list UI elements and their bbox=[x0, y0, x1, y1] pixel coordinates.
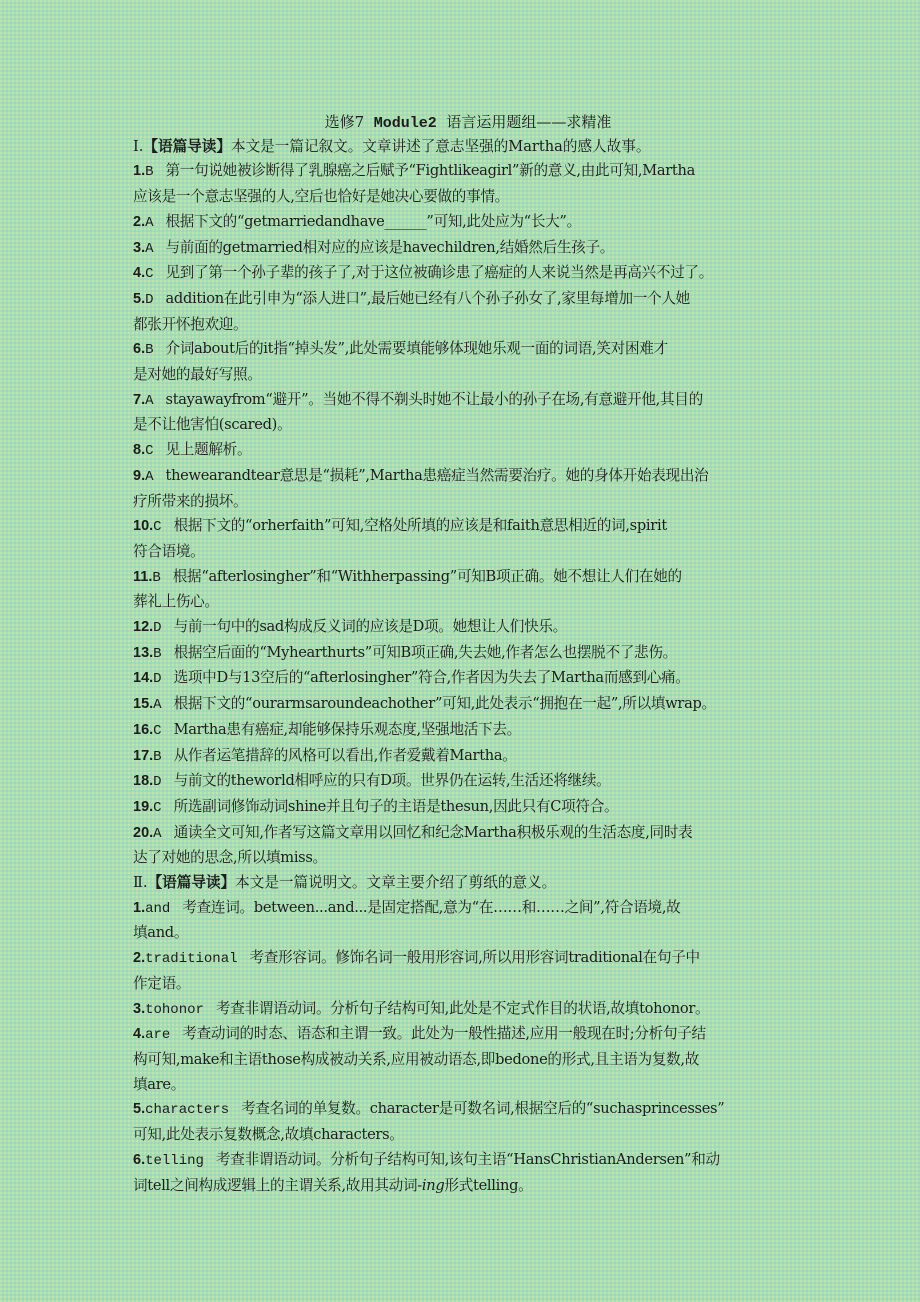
item-answer: C bbox=[153, 723, 161, 739]
page-title: 选修7 Module2 语言运用题组——求精准 bbox=[133, 110, 793, 135]
item-answer: D bbox=[145, 292, 153, 308]
item-explanation: 考查形容词。修饰名词一般用形容词,所以用形容词traditional在句子中 bbox=[250, 949, 700, 966]
section-marker: Ⅱ. bbox=[133, 874, 148, 891]
item-number: 12. bbox=[133, 619, 153, 635]
item-explanation-cont: 填and。 bbox=[133, 921, 793, 946]
item-answer: B bbox=[145, 164, 153, 180]
item-number: 14. bbox=[133, 670, 153, 686]
item-number: 16. bbox=[133, 722, 153, 738]
item-answer: traditional bbox=[145, 951, 237, 967]
answer-item-2-6: 6.telling考查非谓语动词。分析句子结构可知,该句主语“HansChris… bbox=[133, 1148, 793, 1198]
item-number: 8. bbox=[133, 442, 145, 458]
answer-item-2-4: 4.are考查动词的时态、语态和主谓一致。此处为一般性描述,应用一般现在时;分析… bbox=[133, 1022, 793, 1097]
answer-item-1-12: 12.D与前一句中的sad构成反义词的应该是D项。她想让人们快乐。 bbox=[133, 615, 793, 641]
answer-key-page: 选修7 Module2 语言运用题组——求精准 Ⅰ.【语篇导读】本文是一篇记叙文… bbox=[133, 110, 793, 1198]
item-explanation: 与前一句中的sad构成反义词的应该是D项。她想让人们快乐。 bbox=[174, 618, 567, 635]
item-explanation: 见上题解析。 bbox=[166, 441, 252, 458]
item-answer: B bbox=[145, 342, 153, 358]
item-explanation: 所选副词修饰动词shine并且句子的主语是thesun,因此只有C项符合。 bbox=[174, 798, 619, 815]
answer-item-1-1: 1.B第一句说她被诊断得了乳腺癌之后赋予“Fightlikeagirl”新的意义… bbox=[133, 159, 793, 209]
item-answer: A bbox=[145, 241, 153, 257]
item-number: 1. bbox=[133, 163, 145, 179]
item-number: 19. bbox=[133, 799, 153, 815]
item-answer: D bbox=[153, 620, 161, 636]
item-explanation: 通读全文可知,作者写这篇文章用以回忆和纪念Martha积极乐观的生活态度,同时表 bbox=[174, 824, 693, 841]
answer-item-1-19: 19.C所选副词修饰动词shine并且句子的主语是thesun,因此只有C项符合… bbox=[133, 795, 793, 821]
section-2-header: Ⅱ.【语篇导读】本文是一篇说明文。文章主要介绍了剪纸的意义。 bbox=[133, 871, 793, 896]
answer-item-1-3: 3.A与前面的getmarried相对应的应该是havechildren,结婚然… bbox=[133, 236, 793, 262]
item-explanation: stayawayfrom“避开”。当她不得不剃头时她不让最小的孙子在场,有意避开… bbox=[166, 391, 703, 408]
answer-item-1-6: 6.B介词about后的it指“掉头发”,此处需要填能够体现她乐观一面的词语,笑… bbox=[133, 337, 793, 387]
item-explanation: 考查名词的单复数。character是可数名词,根据空后的“suchasprin… bbox=[241, 1100, 724, 1117]
item-answer: C bbox=[145, 443, 153, 459]
item-number: 15. bbox=[133, 696, 153, 712]
item-number: 18. bbox=[133, 773, 153, 789]
item-answer: tohonor bbox=[145, 1002, 204, 1018]
item-explanation-cont: 应该是一个意志坚强的人,空后也恰好是她决心要做的事情。 bbox=[133, 185, 793, 210]
item-number: 11. bbox=[133, 569, 152, 585]
item-explanation: thewearandtear意思是“损耗”,Martha患癌症当然需要治疗。她的… bbox=[166, 467, 709, 484]
item-explanation-cont: 葬礼上伤心。 bbox=[133, 590, 793, 615]
item-number: 20. bbox=[133, 825, 153, 841]
answer-item-2-2: 2.traditional考查形容词。修饰名词一般用形容词,所以用形容词trad… bbox=[133, 946, 793, 996]
item-answer: telling bbox=[145, 1153, 204, 1169]
item-answer: D bbox=[153, 671, 161, 687]
item-answer: A bbox=[153, 697, 161, 713]
answer-item-1-5: 5.Daddition在此引申为“添人进口”,最后她已经有八个孙子孙女了,家里每… bbox=[133, 287, 793, 337]
item-explanation: addition在此引申为“添人进口”,最后她已经有八个孙子孙女了,家里每增加一… bbox=[166, 290, 690, 307]
answer-item-1-16: 16.CMartha患有癌症,却能够保持乐观态度,坚强地活下去。 bbox=[133, 718, 793, 744]
item-explanation-cont: 词tell之间构成逻辑上的主谓关系,故用其动词-ing形式telling。 bbox=[133, 1174, 793, 1199]
item-explanation: Martha患有癌症,却能够保持乐观态度,坚强地活下去。 bbox=[174, 721, 521, 738]
answer-item-1-15: 15.A根据下文的“ourarmsaroundeachother”可知,此处表示… bbox=[133, 692, 793, 718]
item-number: 6. bbox=[133, 1152, 145, 1168]
item-explanation: 从作者运笔措辞的风格可以看出,作者爱戴着Martha。 bbox=[174, 747, 517, 764]
item-number: 10. bbox=[133, 518, 153, 534]
item-answer: are bbox=[145, 1027, 170, 1043]
item-answer: B bbox=[153, 749, 161, 765]
item-number: 2. bbox=[133, 214, 145, 230]
item-answer: C bbox=[153, 519, 161, 535]
item-number: 1. bbox=[133, 900, 145, 916]
section-intro: 本文是一篇记叙文。文章讲述了意志坚强的Martha的感人故事。 bbox=[231, 138, 650, 155]
answer-item-1-4: 4.C见到了第一个孙子辈的孩子了,对于这位被确诊患了癌症的人来说当然是再高兴不过… bbox=[133, 261, 793, 287]
item-number: 2. bbox=[133, 950, 145, 966]
item-explanation-cont: 都张开怀抱欢迎。 bbox=[133, 313, 793, 338]
answer-item-1-2: 2.A根据下文的“getmarriedandhave______”可知,此处应为… bbox=[133, 210, 793, 236]
answer-item-1-11: 11.B根据“afterlosingher”和“Withherpassing”可… bbox=[133, 565, 793, 615]
item-answer: C bbox=[153, 800, 161, 816]
title-suffix: 语言运用题组——求精准 bbox=[446, 113, 611, 131]
item-explanation: 根据下文的“orherfaith”可知,空格处所填的应该是和faith意思相近的… bbox=[174, 517, 667, 534]
item-explanation-cont: 填are。 bbox=[133, 1073, 793, 1098]
item-explanation-part: 形式telling。 bbox=[444, 1177, 532, 1194]
item-explanation: 根据“afterlosingher”和“Withherpassing”可知B项正… bbox=[173, 568, 682, 585]
item-number: 6. bbox=[133, 341, 145, 357]
item-explanation-cont: 疗所带来的损坏。 bbox=[133, 490, 793, 515]
answer-item-1-7: 7.Astayawayfrom“避开”。当她不得不剃头时她不让最小的孙子在场,有… bbox=[133, 388, 793, 438]
item-explanation: 根据空后面的“Myhearthurts”可知B项正确,失去她,作者怎么也摆脱不了… bbox=[174, 644, 677, 661]
item-explanation: 选项中D与13空后的“afterlosingher”符合,作者因为失去了Mart… bbox=[174, 669, 690, 686]
item-answer: D bbox=[153, 774, 161, 790]
item-answer: and bbox=[145, 901, 170, 917]
item-number: 3. bbox=[133, 1001, 145, 1017]
item-explanation: 与前面的getmarried相对应的应该是havechildren,结婚然后生孩… bbox=[166, 239, 615, 256]
item-number: 17. bbox=[133, 748, 153, 764]
item-number: 5. bbox=[133, 1101, 145, 1117]
item-answer: characters bbox=[145, 1102, 229, 1118]
item-number: 4. bbox=[133, 1026, 145, 1042]
answer-item-2-5: 5.characters考查名词的单复数。character是可数名词,根据空后… bbox=[133, 1097, 793, 1147]
item-explanation-cont: 构可知,make和主语those构成被动关系,应用被动语态,即bedone的形式… bbox=[133, 1048, 793, 1073]
item-explanation: 第一句说她被诊断得了乳腺癌之后赋予“Fightlikeagirl”新的意义,由此… bbox=[166, 162, 696, 179]
item-answer: C bbox=[145, 266, 153, 282]
item-explanation: 根据下文的“getmarriedandhave______”可知,此处应为“长大… bbox=[166, 213, 581, 230]
item-explanation-cont: 达了对她的思念,所以填miss。 bbox=[133, 846, 793, 871]
item-number: 5. bbox=[133, 291, 145, 307]
item-explanation: 根据下文的“ourarmsaroundeachother”可知,此处表示“拥抱在… bbox=[174, 695, 716, 712]
answer-item-2-3: 3.tohonor考查非谓语动词。分析句子结构可知,此处是不定式作目的状语,故填… bbox=[133, 997, 793, 1023]
section-marker: Ⅰ. bbox=[133, 138, 143, 155]
item-number: 9. bbox=[133, 468, 145, 484]
item-explanation-italic: ing bbox=[422, 1177, 445, 1194]
item-explanation-cont: 作定语。 bbox=[133, 972, 793, 997]
item-explanation: 考查连词。between...and...是固定搭配,意为“在……和……之间”,… bbox=[182, 899, 680, 916]
section-tag: 【语篇导读】 bbox=[148, 874, 236, 891]
item-explanation-cont: 是对她的最好写照。 bbox=[133, 363, 793, 388]
section-tag: 【语篇导读】 bbox=[143, 138, 231, 155]
item-number: 4. bbox=[133, 265, 145, 281]
item-answer: A bbox=[145, 469, 153, 485]
answer-item-1-17: 17.B从作者运笔措辞的风格可以看出,作者爱戴着Martha。 bbox=[133, 744, 793, 770]
answer-item-1-10: 10.C根据下文的“orherfaith”可知,空格处所填的应该是和faith意… bbox=[133, 514, 793, 564]
item-explanation: 与前文的theworld相呼应的只有D项。世界仍在运转,生活还将继续。 bbox=[174, 772, 611, 789]
item-explanation-cont: 是不让他害怕(scared)。 bbox=[133, 413, 793, 438]
section-intro: 本文是一篇说明文。文章主要介绍了剪纸的意义。 bbox=[235, 874, 556, 891]
item-answer: B bbox=[153, 646, 161, 662]
item-explanation-part: 词tell之间构成逻辑上的主谓关系,故用其动词- bbox=[133, 1177, 422, 1194]
section-1-header: Ⅰ.【语篇导读】本文是一篇记叙文。文章讲述了意志坚强的Martha的感人故事。 bbox=[133, 135, 793, 160]
item-number: 7. bbox=[133, 392, 145, 408]
answer-item-1-9: 9.Athewearandtear意思是“损耗”,Martha患癌症当然需要治疗… bbox=[133, 464, 793, 514]
item-answer: A bbox=[145, 393, 153, 409]
item-explanation: 考查非谓语动词。分析句子结构可知,此处是不定式作目的状语,故填tohonor。 bbox=[216, 1000, 709, 1017]
answer-item-1-18: 18.D与前文的theworld相呼应的只有D项。世界仍在运转,生活还将继续。 bbox=[133, 769, 793, 795]
answer-item-1-20: 20.A通读全文可知,作者写这篇文章用以回忆和纪念Martha积极乐观的生活态度… bbox=[133, 821, 793, 871]
answer-item-1-8: 8.C见上题解析。 bbox=[133, 438, 793, 464]
item-answer: A bbox=[145, 215, 153, 231]
item-number: 13. bbox=[133, 645, 153, 661]
title-prefix: 选修7 bbox=[325, 113, 365, 131]
item-answer: B bbox=[152, 570, 160, 586]
item-explanation-cont: 符合语境。 bbox=[133, 540, 793, 565]
item-explanation-cont: 可知,此处表示复数概念,故填characters。 bbox=[133, 1123, 793, 1148]
answer-item-1-14: 14.D选项中D与13空后的“afterlosingher”符合,作者因为失去了… bbox=[133, 666, 793, 692]
item-explanation: 考查动词的时态、语态和主谓一致。此处为一般性描述,应用一般现在时;分析句子结 bbox=[182, 1025, 706, 1042]
item-explanation: 见到了第一个孙子辈的孩子了,对于这位被确诊患了癌症的人来说当然是再高兴不过了。 bbox=[166, 264, 714, 281]
item-answer: A bbox=[153, 826, 161, 842]
answer-item-1-13: 13.B根据空后面的“Myhearthurts”可知B项正确,失去她,作者怎么也… bbox=[133, 641, 793, 667]
title-module: Module2 bbox=[374, 115, 437, 132]
item-number: 3. bbox=[133, 240, 145, 256]
answer-item-2-1: 1.and考查连词。between...and...是固定搭配,意为“在……和…… bbox=[133, 896, 793, 946]
item-explanation: 考查非谓语动词。分析句子结构可知,该句主语“HansChristianAnder… bbox=[216, 1151, 720, 1168]
item-explanation: 介词about后的it指“掉头发”,此处需要填能够体现她乐观一面的词语,笑对困难… bbox=[166, 340, 668, 357]
